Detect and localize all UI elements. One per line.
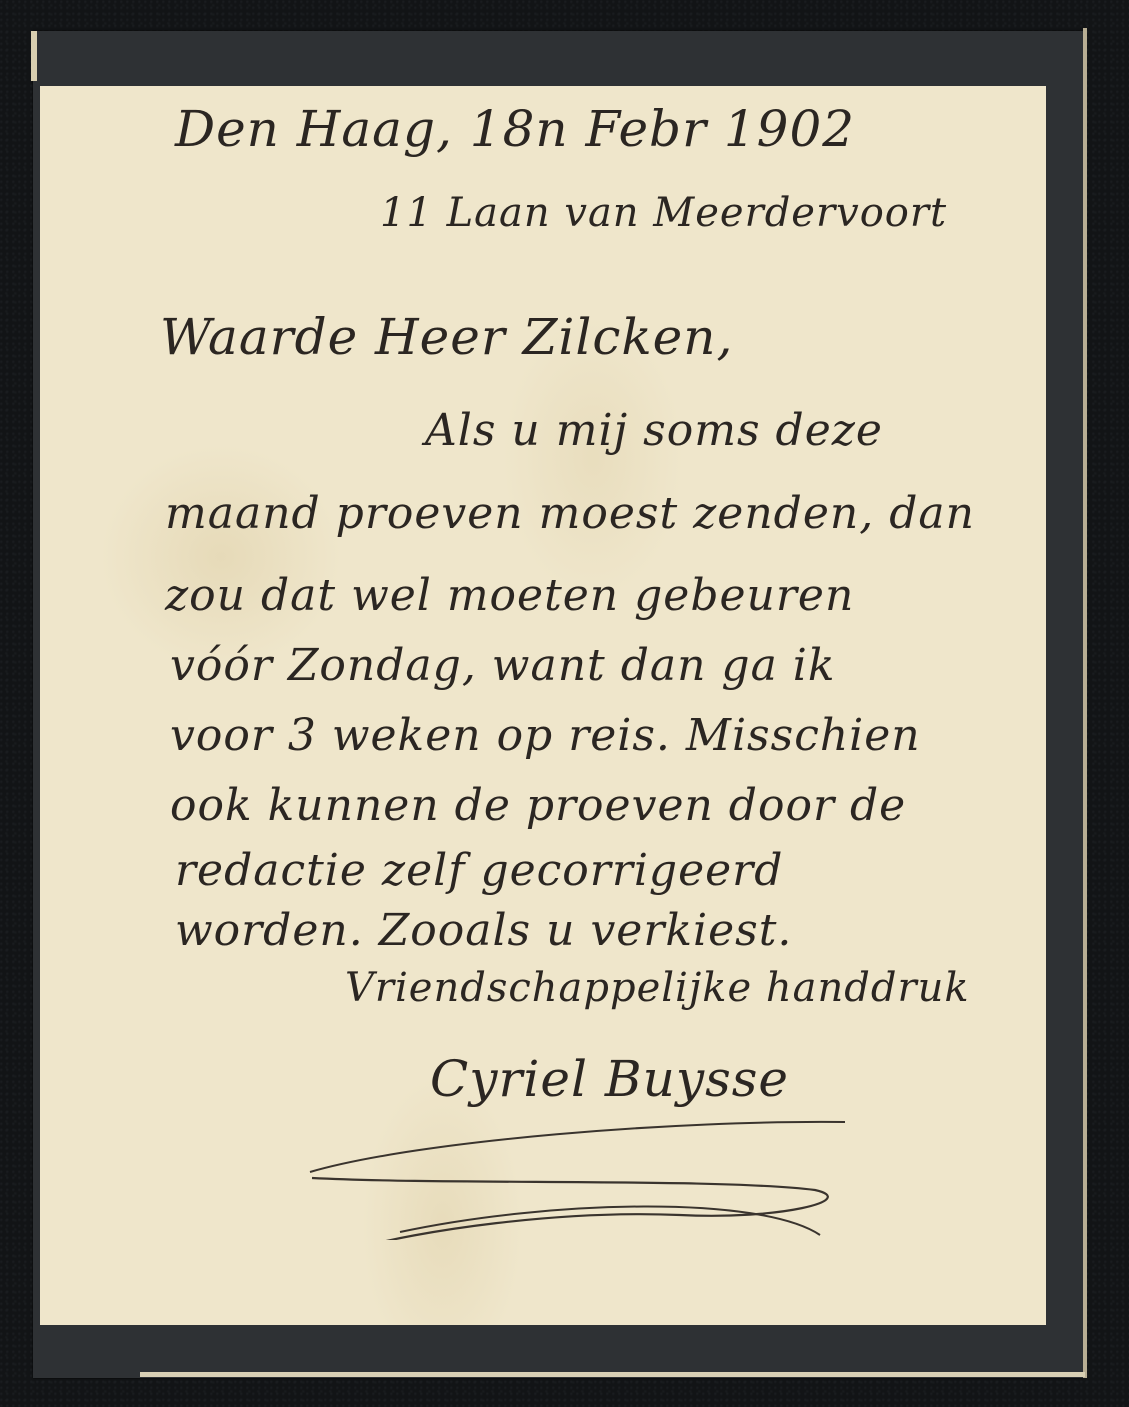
signature-flourish — [300, 1060, 900, 1240]
card-edge — [1083, 28, 1087, 1378]
body-line: Als u mij soms deze — [425, 405, 883, 456]
card-edge — [140, 1372, 1085, 1377]
body-line: vóór Zondag, want dan ga ik — [170, 640, 836, 691]
body-line: voor 3 weken op reis. Misschien — [170, 710, 921, 761]
closing: Vriendschappelijke handdruk — [345, 965, 970, 1011]
sender-address: 11 Laan van Meerdervoort — [380, 190, 947, 236]
place-date: Den Haag, 18n Febr 1902 — [175, 100, 855, 158]
card-edge — [31, 31, 37, 81]
body-line: ook kunnen de proeven door de — [170, 780, 906, 831]
body-line: redactie zelf gecorrigeerd — [175, 845, 783, 896]
body-line: zou dat wel moeten gebeuren — [165, 570, 854, 621]
body-line: maand proeven moest zenden, dan — [165, 488, 975, 539]
salutation: Waarde Heer Zilcken, — [160, 308, 733, 366]
body-line: worden. Zooals u verkiest. — [175, 905, 792, 956]
